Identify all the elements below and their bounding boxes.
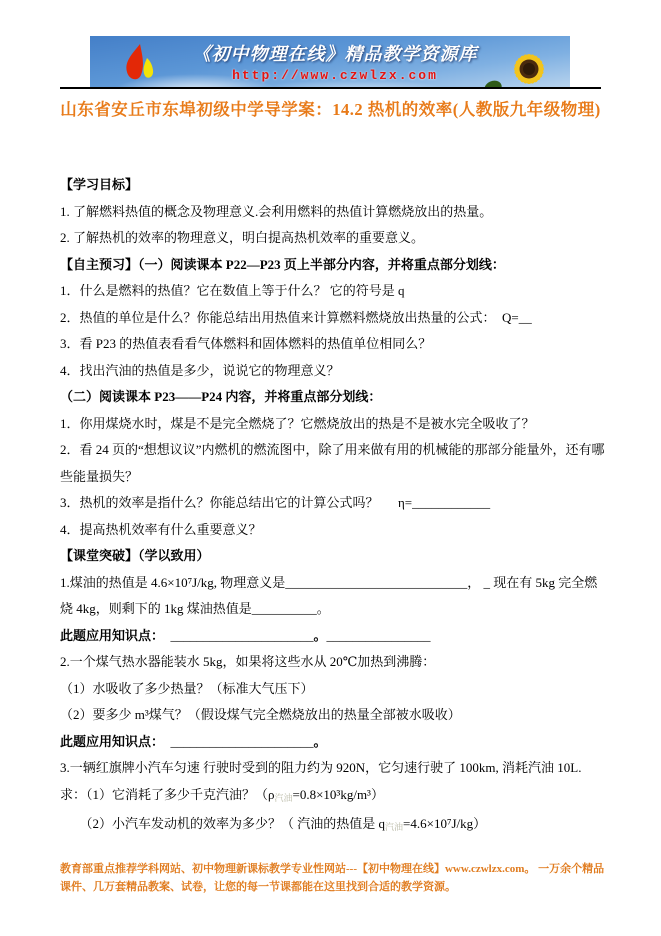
doc-line: （二）阅读课本 P23——P24 内容，并将重点部分划线： bbox=[60, 384, 606, 411]
doc-line: 1．什么是燃料的热值？它在数值上等于什么？ 它的符号是 q bbox=[60, 278, 606, 305]
doc-text: 。 bbox=[317, 601, 330, 616]
doc-text: 【学习目标】 bbox=[60, 177, 138, 192]
doc-text: 3.一辆红旗牌小汽车匀速 行驶时受到的阻力约为 920N，它匀速行驶了 100k… bbox=[60, 760, 581, 775]
doc-text: 1．什么是燃料的热值？它在数值上等于什么？ 它的符号是 q bbox=[60, 283, 405, 298]
doc-text: 2．看 24 页的“想想议议”内燃机的燃流图中，除了用来做有用的机械能的那部分能… bbox=[60, 442, 605, 484]
document-body: 【学习目标】1. 了解燃料热值的概念及物理意义.会利用燃料的热值计算燃烧放出的热… bbox=[60, 172, 606, 841]
banner-text-block: 《初中物理在线》精品教学资源库 http://www.czwlzx.com bbox=[170, 40, 500, 83]
doc-line: 3．看 P23 的热值表看看气体燃料和固体燃料的热值单位相同么？ bbox=[60, 331, 606, 358]
blank-underline: ______________________ bbox=[171, 628, 314, 643]
blank-underline: ____________________________ bbox=[285, 575, 467, 590]
doc-text: 4．提高热机效率有什么重要意义？ bbox=[60, 522, 262, 537]
doc-text: （二）阅读课本 P23——P24 内容，并将重点部分划线： bbox=[60, 389, 381, 404]
blank-underline: ______________________ bbox=[171, 734, 314, 749]
doc-text: 2．热值的单位是什么？你能总结出用热值来计算燃料燃烧放出热量的公式： Q=__ bbox=[60, 310, 532, 325]
doc-line: 【学习目标】 bbox=[60, 172, 606, 199]
doc-text: 3．热机的效率是指什么？你能总结出它的计算公式吗？ η= bbox=[60, 495, 412, 510]
doc-line: 【自主预习】（一）阅读课本 P22—P23 页上半部分内容，并将重点部分划线： bbox=[60, 252, 606, 279]
doc-text: 4．找出汽油的热值是多少，说说它的物理意义？ bbox=[60, 363, 340, 378]
doc-text: 2. 了解热机的效率的物理意义，明白提高热机效率的重要意义。 bbox=[60, 230, 424, 245]
blank-underline: __________ bbox=[252, 601, 317, 616]
blank-underline: ____________ bbox=[412, 495, 490, 510]
doc-line: 2．看 24 页的“想想议议”内燃机的燃流图中，除了用来做有用的机械能的那部分能… bbox=[60, 437, 606, 490]
doc-text: （1）水吸收了多少热量？（标准大气压下） bbox=[60, 681, 314, 696]
title-suffix: (人教版九年级物理) bbox=[453, 100, 601, 119]
doc-line: 求：（1）它消耗了多少千克汽油？（ρ汽油=0.8×10³kg/m³） bbox=[60, 782, 606, 812]
blank-underline: ________________ bbox=[327, 628, 431, 643]
doc-text: 3．看 P23 的热值表看看气体燃料和固体燃料的热值单位相同么？ bbox=[60, 336, 431, 351]
doc-text: 1. 了解燃料热值的概念及物理意义.会利用燃料的热值计算燃烧放出的热量。 bbox=[60, 204, 492, 219]
doc-text: 2.一个煤气热水器能装水 5kg，如果将这些水从 20℃加热到沸腾： bbox=[60, 654, 435, 669]
doc-text: =4.6×10⁷J/kg） bbox=[403, 816, 486, 831]
page: { "banner": { "site_title": "《初中物理在线》精品教… bbox=[0, 0, 661, 936]
doc-line: 3．热机的效率是指什么？你能总结出它的计算公式吗？ η=____________ bbox=[60, 490, 606, 517]
doc-text: 。 bbox=[314, 628, 327, 643]
doc-text: 【课堂突破】（学以致用） bbox=[60, 548, 210, 563]
doc-text: （2）小汽车发动机的效率为多少？（ 汽油的热值是 q bbox=[60, 816, 385, 831]
doc-text: 。 bbox=[314, 734, 327, 749]
doc-line: 此题应用知识点： ______________________。 bbox=[60, 729, 606, 756]
doc-text: 此题应用知识点： bbox=[60, 734, 164, 749]
title-emphasis: 热机的效率 bbox=[368, 100, 453, 119]
doc-line: 2．热值的单位是什么？你能总结出用热值来计算燃料燃烧放出热量的公式： Q=__ bbox=[60, 305, 606, 332]
doc-line: 4．提高热机效率有什么重要意义？ bbox=[60, 517, 606, 544]
flame-logo-icon bbox=[116, 42, 160, 86]
doc-text: 汽油 bbox=[385, 822, 403, 832]
doc-line: 1.煤油的热值是 4.6×10⁷J/kg, 物理意义是_____________… bbox=[60, 570, 606, 623]
doc-line: 3.一辆红旗牌小汽车匀速 行驶时受到的阻力约为 920N，它匀速行驶了 100k… bbox=[60, 755, 606, 782]
banner-site-title: 《初中物理在线》精品教学资源库 bbox=[170, 40, 500, 66]
doc-text: 【自主预习】（一）阅读课本 P22—P23 页上半部分内容，并将重点部分划线： bbox=[60, 257, 505, 272]
doc-line: 2.一个煤气热水器能装水 5kg，如果将这些水从 20℃加热到沸腾： bbox=[60, 649, 606, 676]
title-prefix: 山东省安丘市东埠初级中学导学案：14.2 bbox=[60, 100, 368, 119]
doc-text: 此题应用知识点： bbox=[60, 628, 164, 643]
doc-line: （2）要多少 m³煤气？（假设煤气完全燃烧放出的热量全部被水吸收） bbox=[60, 702, 606, 729]
doc-line: 【课堂突破】（学以致用） bbox=[60, 543, 606, 570]
doc-text: 汽油 bbox=[275, 793, 293, 803]
header-divider bbox=[60, 87, 601, 89]
doc-text: 1.煤油的热值是 4.6×10⁷J/kg, 物理意义是 bbox=[60, 575, 285, 590]
doc-text: 求：（1）它消耗了多少千克汽油？（ρ bbox=[60, 787, 275, 802]
doc-line: 此题应用知识点： ______________________。________… bbox=[60, 623, 606, 650]
doc-line: 2. 了解热机的效率的物理意义，明白提高热机效率的重要意义。 bbox=[60, 225, 606, 252]
doc-text: 1．你用煤烧水时，煤是不是完全燃烧了？它燃烧放出的热是不是被水完全吸收了？ bbox=[60, 416, 535, 431]
doc-text: （2）要多少 m³煤气？（假设煤气完全燃烧放出的热量全部被水吸收） bbox=[60, 707, 461, 722]
page-footer: 教育部重点推荐学科网站、初中物理新课标教学专业性网站---【初中物理在线】www… bbox=[60, 861, 606, 896]
site-banner: 《初中物理在线》精品教学资源库 http://www.czwlzx.com bbox=[90, 36, 570, 88]
doc-line: 1. 了解燃料热值的概念及物理意义.会利用燃料的热值计算燃烧放出的热量。 bbox=[60, 199, 606, 226]
banner-site-url: http://www.czwlzx.com bbox=[170, 68, 500, 83]
doc-line: （1）水吸收了多少热量？（标准大气压下） bbox=[60, 676, 606, 703]
doc-line: 1．你用煤烧水时，煤是不是完全燃烧了？它燃烧放出的热是不是被水完全吸收了？ bbox=[60, 411, 606, 438]
page-title: 山东省安丘市东埠初级中学导学案：14.2 热机的效率(人教版九年级物理) bbox=[0, 96, 661, 120]
doc-text: =0.8×10³kg/m³） bbox=[293, 787, 384, 802]
doc-line: 4．找出汽油的热值是多少，说说它的物理意义？ bbox=[60, 358, 606, 385]
doc-line: （2）小汽车发动机的效率为多少？（ 汽油的热值是 q汽油=4.6×10⁷J/kg… bbox=[60, 811, 606, 841]
sunflower-icon bbox=[500, 40, 558, 88]
